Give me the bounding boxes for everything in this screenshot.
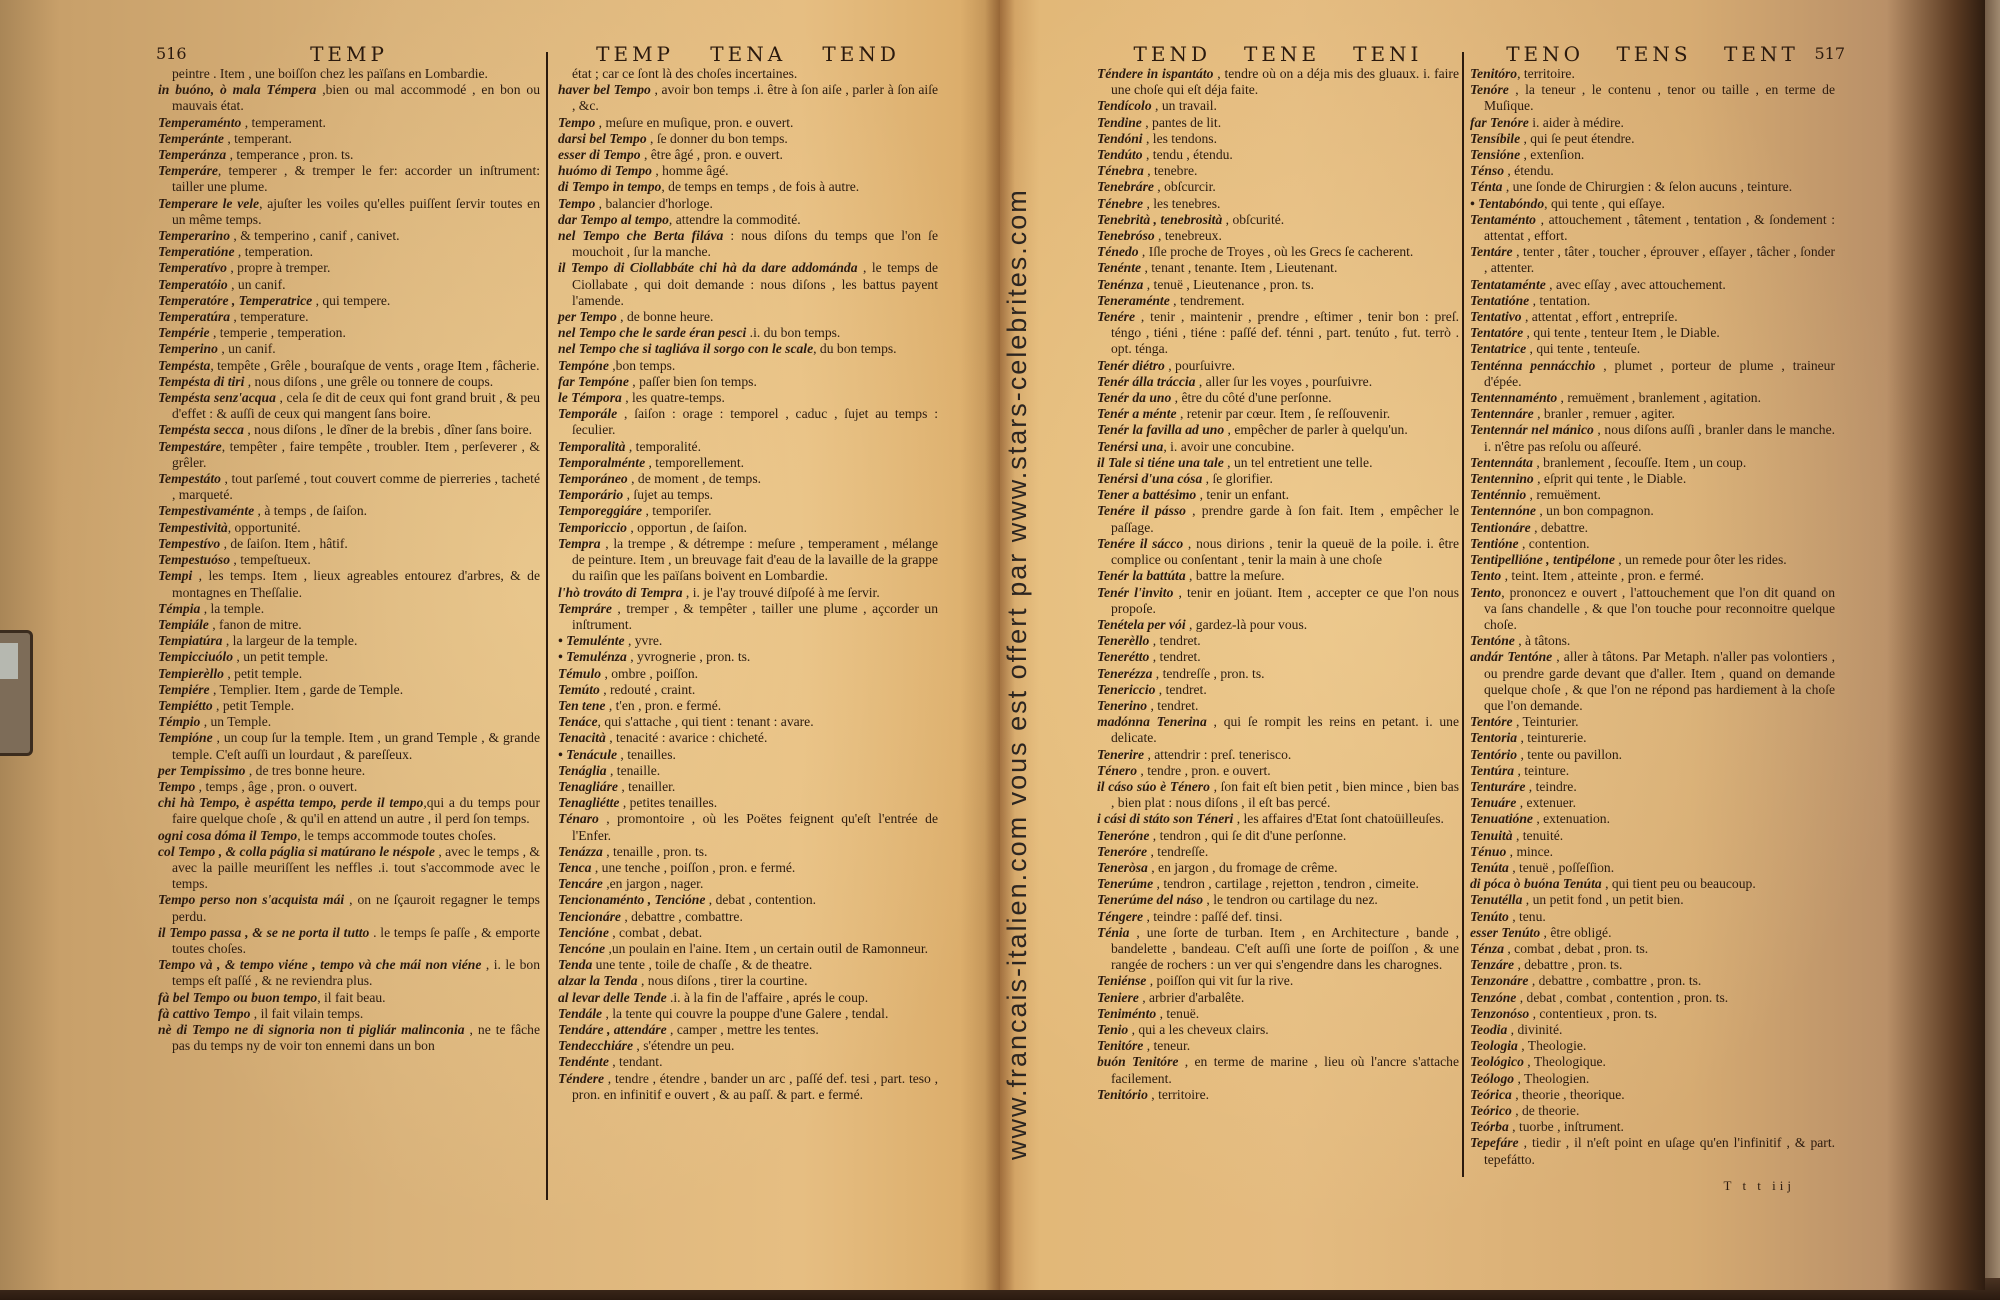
definition: , temperant.	[224, 131, 292, 146]
definition: , un canif.	[228, 277, 286, 292]
headword: Temperánte	[158, 131, 224, 146]
definition: , Theologique.	[1524, 1054, 1606, 1069]
dictionary-entry: Tentatóre , qui tente , tenteur Item , l…	[1470, 325, 1835, 341]
dictionary-entry: Temperatóre , Temperatrice , qui tempere…	[158, 293, 540, 309]
headword: Tempo	[558, 115, 595, 130]
definition: , de ſaiſon. Item , hâtif.	[220, 536, 348, 551]
headword: Tento	[1470, 568, 1501, 583]
definition: , tendrement.	[1170, 293, 1245, 308]
dictionary-entry: l'hò trováto di Tempra , i. je l'ay trou…	[558, 585, 938, 601]
column-4: TENOTENSTENT 517 Tenitóro, territoire.Te…	[1470, 42, 1835, 1194]
dictionary-entry: Temperatóio , un canif.	[158, 277, 540, 293]
headword: Tenénza	[1097, 277, 1143, 292]
definition: , gardez-là pour vous.	[1186, 617, 1308, 632]
definition: , balancier d'horloge.	[595, 196, 713, 211]
headword: Tentennóne	[1470, 503, 1536, 518]
headword: Tensióne	[1470, 147, 1520, 162]
headword: Téngere	[1097, 909, 1143, 924]
headword: Tempiatúra	[158, 633, 222, 648]
dictionary-entry: Tenténna pennácchio , plumet , porteur d…	[1470, 358, 1835, 390]
definition: , tentation.	[1529, 293, 1590, 308]
dictionary-entry: Temporiccio , opportun , de ſaiſon.	[558, 520, 938, 536]
definition: , teinturerie.	[1517, 730, 1586, 745]
headword: Tentionáre	[1470, 520, 1531, 535]
dictionary-entry: Tenér diétro , pourſuivre.	[1097, 358, 1459, 374]
definition: , tendreſſe.	[1147, 844, 1208, 859]
headword: Teórica	[1470, 1087, 1512, 1102]
headword: al levar delle Tende	[558, 990, 667, 1005]
dictionary-entry: Tenér la favilla ad uno , empêcher de pa…	[1097, 422, 1459, 438]
headword: Tempráre	[558, 601, 612, 616]
dictionary-entry: Tendine , pantes de lit.	[1097, 115, 1459, 131]
headword: nel Tempo che Berta filáva	[558, 228, 723, 243]
guide-word: TENO	[1506, 42, 1584, 66]
headword: • Tentabóndo	[1470, 196, 1544, 211]
headword: Tenzáre	[1470, 957, 1514, 972]
dictionary-entry: Tentataménte , avec eſſay , avec attouch…	[1470, 277, 1835, 293]
headword: il cáso súo è Ténero	[1097, 779, 1210, 794]
definition: , combat , debat , pron. ts.	[1504, 941, 1648, 956]
definition: , debattre.	[1531, 520, 1588, 535]
headword: Tenericcio	[1097, 682, 1155, 697]
dictionary-entry: Temperatívo , propre à tremper.	[158, 260, 540, 276]
headword: Témpia	[158, 601, 200, 616]
headword: per Tempissimo	[158, 763, 245, 778]
headword: nel Tempo che le sarde éran pesci	[558, 325, 746, 340]
dictionary-entry: Temperare le vele, ajuſter les voiles qu…	[158, 196, 540, 228]
headword: Teneróne	[1097, 828, 1149, 843]
guide-word: TEMP	[310, 42, 388, 66]
dictionary-entry: Tempo và , & tempo viéne , tempo và che …	[158, 957, 540, 989]
definition: , la tente qui couvre la pouppe d'une Ga…	[602, 1006, 888, 1021]
dictionary-entry: Teneraménte , tendrement.	[1097, 293, 1459, 309]
dictionary-entry: Teologia , Theologie.	[1470, 1038, 1835, 1054]
dictionary-entry: Tempicciuólo , un petit temple.	[158, 649, 540, 665]
headword: Tenzóne	[1470, 990, 1516, 1005]
dictionary-entry: Téngere , teindre : paſſé def. tinsi.	[1097, 909, 1459, 925]
definition: , contentieux , pron. ts.	[1529, 1006, 1657, 1021]
headword: Témpio	[158, 714, 200, 729]
dictionary-entry: Tempra , la trempe , & détrempe : meſure…	[558, 536, 938, 585]
dictionary-entry: Teórba , tuorbe , inſtrument.	[1470, 1119, 1835, 1135]
headword: Tenebráre	[1097, 179, 1154, 194]
definition: , tout parſemé , tout couvert comme de p…	[172, 471, 540, 502]
headword: Téndere in ispantáto	[1097, 66, 1213, 81]
dictionary-entry: Tenóre , la teneur , le contenu , tenor …	[1470, 82, 1835, 114]
headword: Tenturáre	[1470, 779, 1525, 794]
definition: , i. je l'ay trouvé diſpoſé à me ſervir.	[683, 585, 880, 600]
headword: Temúto	[558, 682, 600, 697]
dictionary-entry: Temperánza , temperance , pron. ts.	[158, 147, 540, 163]
dictionary-entry: Tenér a ménte , retenir par cœur. Item ,…	[1097, 406, 1459, 422]
headword: Tendícolo	[1097, 98, 1152, 113]
dictionary-entry: Tenagliétte , petites tenailles.	[558, 795, 938, 811]
definition: , tendret.	[1147, 698, 1198, 713]
definition: , tempêter , faire tempête , troubler. I…	[172, 439, 540, 470]
definition: , tenaille , pron. ts.	[603, 844, 708, 859]
definition: , ſe glorifier.	[1202, 471, 1273, 486]
headword: Temperatúra	[158, 309, 230, 324]
headword: Teneròsa	[1097, 860, 1148, 875]
dictionary-entry: di póca ò buóna Tenúta , qui tient peu o…	[1470, 876, 1835, 892]
headword: andár Tentóne	[1470, 649, 1552, 664]
definition: , la trempe , & détrempe : meſure , temp…	[572, 536, 938, 583]
headword: Tentataménte	[1470, 277, 1546, 292]
dictionary-entry: Tempésta senz'acqua , cela ſe dit de ceu…	[158, 390, 540, 422]
open-book: 516 TEMP peintre . Item , une boiſſon ch…	[0, 0, 1985, 1290]
headword: Temperatóre , Temperatrice	[158, 293, 312, 308]
dictionary-entry: Temporeggiáre , temporiſer.	[558, 503, 938, 519]
definition: , les affaires d'Etat ſont chatoüilleuſe…	[1233, 811, 1444, 826]
dictionary-entry: Tempiére , Templier. Item , garde de Tem…	[158, 682, 540, 698]
definition: , obſcurité.	[1222, 212, 1284, 227]
definition: , à tâtons.	[1515, 633, 1571, 648]
dictionary-entry: Tentatrice , qui tente , tenteuſe.	[1470, 341, 1835, 357]
definition: , t'en , pron. e fermé.	[605, 698, 721, 713]
dictionary-entry: Tenére il sácco , nous dirions , tenir l…	[1097, 536, 1459, 568]
definition: , Teinturier.	[1513, 714, 1579, 729]
dictionary-entry: Tendícolo , un travail.	[1097, 98, 1459, 114]
dictionary-entry: Teológico , Theologique.	[1470, 1054, 1835, 1070]
dictionary-entry: Tempóne ,bon temps.	[558, 358, 938, 374]
headword: Tempicciuólo	[158, 649, 233, 664]
headword: le Témpora	[558, 390, 622, 405]
dictionary-entry: Tenénte , tenant , tenante. Item , Lieut…	[1097, 260, 1459, 276]
headword: Tenebróso	[1097, 228, 1155, 243]
dictionary-entry: Tendúto , tendu , étendu.	[1097, 147, 1459, 163]
headword: Tensíbile	[1470, 131, 1520, 146]
dictionary-entry: Tencióne , combat , debat.	[558, 925, 938, 941]
definition: , il fait beau.	[317, 990, 385, 1005]
guide-word: TEND	[1134, 42, 1211, 66]
headword: Tenuáre	[1470, 795, 1516, 810]
definition: , tuorbe , inſtrument.	[1509, 1119, 1624, 1134]
headword: Tenerúme del náso	[1097, 892, 1203, 907]
dictionary-entry: Tensíbile , qui ſe peut étendre.	[1470, 131, 1835, 147]
definition: , attentat , effort , entrepriſe.	[1522, 309, 1678, 324]
guide-words: TEMP	[158, 42, 540, 66]
dictionary-entry: Teniere , arbrier d'arbalête.	[1097, 990, 1459, 1006]
definition: une tente , toile de chaſſe , & de theat…	[592, 957, 812, 972]
dictionary-entry: Tentennáta , branlement , ſecouſſe. Item…	[1470, 455, 1835, 471]
headword: Tenáglia	[558, 763, 607, 778]
headword: • Tenácule	[558, 747, 617, 762]
headword: Tendále	[558, 1006, 602, 1021]
headword: Tenénte	[1097, 260, 1141, 275]
definition: , tenailles.	[617, 747, 676, 762]
definition: , propre à tremper.	[227, 260, 330, 275]
headword: Tenzonóso	[1470, 1006, 1529, 1021]
headword: Tempo perso non s'acquista mái	[158, 892, 344, 907]
definition: , debattre , combattre.	[621, 909, 743, 924]
definition: , combat , debat.	[609, 925, 702, 940]
dictionary-entry: Tenérsi una, i. avoir une concubine.	[1097, 439, 1459, 455]
headword: Tentúra	[1470, 763, 1514, 778]
definition: , qui tempere.	[312, 293, 390, 308]
dictionary-entry: Tempierèllo , petit temple.	[158, 666, 540, 682]
headword: Tento	[1470, 585, 1501, 600]
dictionary-entry: haver bel Tempo , avoir bon temps .i. êt…	[558, 82, 938, 114]
dictionary-entry: nel Tempo che Berta filáva : nous diſons…	[558, 228, 938, 260]
definition: , qui s'attache , qui tient : tenant : a…	[598, 714, 814, 729]
definition: , tenuité.	[1513, 828, 1564, 843]
dictionary-entry: alzar la Tenda , nous diſons , tirer la …	[558, 973, 938, 989]
dictionary-entry: Tentóne , à tâtons.	[1470, 633, 1835, 649]
definition: , debat , contention.	[705, 892, 816, 907]
definition: , le temps accommode toutes choſes.	[297, 828, 496, 843]
dictionary-entry: Teneròsa , en jargon , du fromage de crê…	[1097, 860, 1459, 876]
dictionary-entry: Temporáneo , de moment , de temps.	[558, 471, 938, 487]
headword: Ténebra	[1097, 163, 1144, 178]
headword: nè di Tempo ne di signoria non ti pigliá…	[158, 1022, 465, 1037]
headword: madónna Tenerina	[1097, 714, 1207, 729]
headword: Tempestáre	[158, 439, 222, 454]
definition: , s'étendre un peu.	[633, 1038, 734, 1053]
definition: , mince.	[1506, 844, 1553, 859]
dictionary-entry: Ténuo , mince.	[1470, 844, 1835, 860]
dictionary-entry: état ; car ce ſont là des choſes incerta…	[558, 66, 938, 82]
definition: , tendron , qui ſe dit d'une perſonne.	[1149, 828, 1346, 843]
headword: Tenagliáre	[558, 779, 618, 794]
guide-word: TENS	[1616, 42, 1691, 66]
definition: , de temps en temps , de fois à autre.	[661, 179, 859, 194]
definition: , fanon de mitre.	[209, 617, 302, 632]
dictionary-entry: Temporále , ſaiſon : orage : temporel , …	[558, 406, 938, 438]
dictionary-entry: Temperatúra , temperature.	[158, 309, 540, 325]
headword: Tenér la battúta	[1097, 568, 1186, 583]
dictionary-entry: Tenebróso , tenebreux.	[1097, 228, 1459, 244]
headword: Teneróre	[1097, 844, 1147, 859]
headword: Tempo	[158, 779, 195, 794]
dictionary-entry: Tenáce, qui s'attache , qui tient : tena…	[558, 714, 938, 730]
definition: , opportunité.	[228, 520, 301, 535]
dictionary-entry: Tenáglia , tenaille.	[558, 763, 938, 779]
definition: , aller ſur les voyes , pourſuivre.	[1195, 374, 1372, 389]
headword: Tenér la favilla ad uno	[1097, 422, 1224, 437]
headword: Temperatívo	[158, 260, 227, 275]
headword: Tenér álla tráccia	[1097, 374, 1195, 389]
headword: Tempiére	[158, 682, 210, 697]
column-3: TENDTENETENI Téndere in ispantáto , tend…	[1097, 42, 1459, 1103]
headword: Temperáre	[158, 163, 218, 178]
guide-word: TEMP	[596, 42, 674, 66]
definition: , une tenche , poiſſon , pron. e fermé.	[591, 860, 795, 875]
definition: , petit Temple.	[213, 698, 294, 713]
headword: Ténza	[1470, 941, 1504, 956]
headword: Tenerèllo	[1097, 633, 1149, 648]
dictionary-entry: • Temulénza , yvrognerie , pron. ts.	[558, 649, 938, 665]
dictionary-entry: Teneróre , tendreſſe.	[1097, 844, 1459, 860]
headword: Tendénte	[558, 1054, 609, 1069]
definition: , la temple.	[200, 601, 264, 616]
headword: Teodia	[1470, 1022, 1507, 1037]
dictionary-entry: Tempo , meſure en muſique, pron. e ouver…	[558, 115, 938, 131]
headword: Tenér a ménte	[1097, 406, 1177, 421]
dictionary-entry: • Tenácule , tenailles.	[558, 747, 938, 763]
dictionary-entry: Ténaro , promontoire , où les Poëtes fei…	[558, 811, 938, 843]
dictionary-entry: Temperáre, temperer , & tremper le fer: …	[158, 163, 540, 195]
dictionary-entry: Tenacità , tenacité : avarice : chicheté…	[558, 730, 938, 746]
headword: Tenitóro	[1470, 66, 1517, 81]
definition: , ſujet au temps.	[623, 487, 713, 502]
dictionary-entry: col Tempo , & colla páglia si matúrano l…	[158, 844, 540, 893]
definition: , un remede pour ôter les rides.	[1615, 552, 1787, 567]
dictionary-entry: madónna Tenerina , qui ſe rompit les rei…	[1097, 714, 1459, 746]
headword: Téndere	[558, 1071, 604, 1086]
dictionary-entry: andár Tentóne , aller à tâtons. Par Meta…	[1470, 649, 1835, 714]
dictionary-entry: Tento, prononcez e ouvert , l'attoucheme…	[1470, 585, 1835, 634]
dictionary-entry: Tenerúme del náso , le tendron ou cartil…	[1097, 892, 1459, 908]
definition: , nous diſons , une grêle ou tonnere de …	[244, 374, 493, 389]
headword: Ténebre	[1097, 196, 1143, 211]
headword: Tentennaménto	[1470, 390, 1557, 405]
definition: , temperature.	[230, 309, 309, 324]
headword: in buóno, ò mala Témpera	[158, 82, 316, 97]
dictionary-entry: Tendénte , tendant.	[558, 1054, 938, 1070]
dictionary-entry: Ten tene , t'en , pron. e fermé.	[558, 698, 938, 714]
dictionary-entry: nè di Tempo ne di signoria non ti pigliá…	[158, 1022, 540, 1054]
dictionary-entry: Tenagliáre , tenailler.	[558, 779, 938, 795]
definition: , territoire.	[1148, 1087, 1209, 1102]
headword: Tenér l'invito	[1097, 585, 1173, 600]
entry-list: peintre . Item , une boiſſon chez les pa…	[158, 66, 540, 1054]
headword: fà bel Tempo ou buon tempo	[158, 990, 317, 1005]
dictionary-entry: Tener a battésimo , tenir un enfant.	[1097, 487, 1459, 503]
definition: , nous diſons , tirer la courtine.	[638, 973, 808, 988]
headword: Ténia	[1097, 925, 1129, 940]
headword: Tentaménto	[1470, 212, 1536, 227]
definition: , ſe donner du bon temps.	[647, 131, 788, 146]
page-number: 517	[1814, 42, 1845, 66]
dictionary-entry: Tempestáto , tout parſemé , tout couvert…	[158, 471, 540, 503]
headword: il Tempo passa , & se ne porta il tutto	[158, 925, 369, 940]
definition: , tenacité : avarice : chicheté.	[606, 730, 768, 745]
dictionary-entry: Témpio , un Temple.	[158, 714, 540, 730]
definition: , attouchement , tâtement , tentation , …	[1484, 212, 1835, 243]
definition: , extenuation.	[1533, 811, 1610, 826]
definition: , debattre , pron. ts.	[1514, 957, 1622, 972]
definition: , temporiſer.	[642, 503, 711, 518]
definition: , il fait vilain temps.	[250, 1006, 363, 1021]
page-number: 516	[156, 42, 187, 66]
definition: , qui tente , qui eſſaye.	[1544, 196, 1665, 211]
dictionary-entry: Tensióne , extenſion.	[1470, 147, 1835, 163]
definition: ,bon temps.	[609, 358, 675, 373]
headword: Tenáce	[558, 714, 598, 729]
dictionary-entry: nel Tempo che le sarde éran pesci .i. du…	[558, 325, 938, 341]
dictionary-entry: Tentóre , Teinturier.	[1470, 714, 1835, 730]
definition: , branler , remuer , agiter.	[1534, 406, 1675, 421]
definition: , teint. Item , atteinte , pron. e fermé…	[1501, 568, 1704, 583]
headword: Temporiccio	[558, 520, 627, 535]
dictionary-entry: Tenére il pásso , prendre garde à ſon fa…	[1097, 503, 1459, 535]
definition: , opportun , de ſaiſon.	[627, 520, 747, 535]
definition: , divinité.	[1507, 1022, 1562, 1037]
headword: Tenér da uno	[1097, 390, 1171, 405]
headword: Ténuo	[1470, 844, 1506, 859]
definition: , contention.	[1519, 536, 1590, 551]
dictionary-entry: dar Tempo al tempo, attendre la commodit…	[558, 212, 938, 228]
definition: , yvre.	[625, 633, 663, 648]
guide-words: TENOTENSTENT	[1470, 42, 1835, 66]
headword: il Tempo di Ciollabbáte chi hà da dare a…	[558, 260, 858, 275]
dictionary-entry: di Tempo in tempo, de temps en temps , d…	[558, 179, 938, 195]
definition: , tenailler.	[618, 779, 675, 794]
headword: Tempióne	[158, 730, 213, 745]
headword: Tenuatióne	[1470, 811, 1533, 826]
definition: , la largeur de la temple.	[222, 633, 357, 648]
headword: Temporário	[558, 487, 623, 502]
dictionary-entry: Tempiétto , petit Temple.	[158, 698, 540, 714]
dictionary-entry: Teodia , divinité.	[1470, 1022, 1835, 1038]
headword: Tenére	[1097, 309, 1135, 324]
definition: , ombre , poiſſon.	[601, 666, 698, 681]
dictionary-entry: Tempióne , un coup ſur la temple. Item ,…	[158, 730, 540, 762]
dictionary-entry: peintre . Item , une boiſſon chez les pa…	[158, 66, 540, 82]
dictionary-entry: Tenérsi d'una cósa , ſe glorifier.	[1097, 471, 1459, 487]
dictionary-entry: Tencáre ,en jargon , nager.	[558, 876, 938, 892]
dictionary-entry: Ténebre , les tenebres.	[1097, 196, 1459, 212]
dictionary-entry: Tenitóro, territoire.	[1470, 66, 1835, 82]
entry-list: Tenitóro, territoire.Tenóre , la teneur …	[1470, 66, 1835, 1168]
headword: Tentatrice	[1470, 341, 1526, 356]
headword: Tempóne	[558, 358, 609, 373]
definition: , étendu.	[1504, 163, 1554, 178]
dictionary-entry: Tentionáre , debattre.	[1470, 520, 1835, 536]
definition: , une ſonde de Chirurgien : & ſelon aucu…	[1502, 179, 1792, 194]
definition: , temperer , & tremper le fer: accorder …	[172, 163, 540, 194]
dictionary-entry: Tempestívo , de ſaiſon. Item , hâtif.	[158, 536, 540, 552]
headword: Tentóne	[1470, 633, 1515, 648]
dictionary-entry: Tenebrità , tenebrosità , obſcurité.	[1097, 212, 1459, 228]
definition: , les temps. Item , lieux agreables ento…	[172, 568, 540, 599]
definition: , arbrier d'arbalête.	[1139, 990, 1244, 1005]
dictionary-entry: Tenuáre , extenuer.	[1470, 795, 1835, 811]
headword: haver bel Tempo	[558, 82, 651, 97]
definition: , tenir un enfant.	[1196, 487, 1289, 502]
headword: l'hò trováto di Tempra	[558, 585, 683, 600]
dictionary-entry: Tentennár nel mánico , nous diſons auſſi…	[1470, 422, 1835, 454]
definition: , être âgé , pron. e ouvert.	[641, 147, 783, 162]
dictionary-entry: Tenúta , tenuë , poſſeſſion.	[1470, 860, 1835, 876]
definition: , i. avoir une concubine.	[1163, 439, 1294, 454]
dictionary-entry: Témpia , la temple.	[158, 601, 540, 617]
dictionary-entry: Tempésta secca , nous diſons , le dîner …	[158, 422, 540, 438]
headword: far Tenóre	[1470, 115, 1529, 130]
headword: col Tempo , & colla páglia si matúrano l…	[158, 844, 435, 859]
headword: Tentativo	[1470, 309, 1522, 324]
headword: Tentennáre	[1470, 406, 1534, 421]
headword: Tempra	[558, 536, 601, 551]
definition: , qui tente , tenteur Item , le Diable.	[1523, 325, 1720, 340]
headword: Tempestáto	[158, 471, 221, 486]
definition: , poiſſon qui vit ſur la rive.	[1146, 973, 1293, 988]
dictionary-entry: Temperánte , temperant.	[158, 131, 540, 147]
guide-word: TENE	[1244, 42, 1320, 66]
definition: , de tres bonne heure.	[245, 763, 365, 778]
headword: Tempésta secca	[158, 422, 244, 437]
headword: Tenerétto	[1097, 649, 1149, 664]
headword: Tenténnio	[1470, 487, 1526, 502]
headword: Tenca	[558, 860, 591, 875]
dictionary-entry: Tencionaménto , Tencióne , debat , conte…	[558, 892, 938, 908]
dictionary-entry: Temúto , redouté , craint.	[558, 682, 938, 698]
dictionary-entry: Tenitóre , teneur.	[1097, 1038, 1459, 1054]
headword: Temperatióne	[158, 244, 235, 259]
dictionary-entry: al levar delle Tende .i. à la fin de l'a…	[558, 990, 938, 1006]
dictionary-entry: per Tempissimo , de tres bonne heure.	[158, 763, 540, 779]
definition: , branlement , ſecouſſe. Item , un coup.	[1533, 455, 1746, 470]
